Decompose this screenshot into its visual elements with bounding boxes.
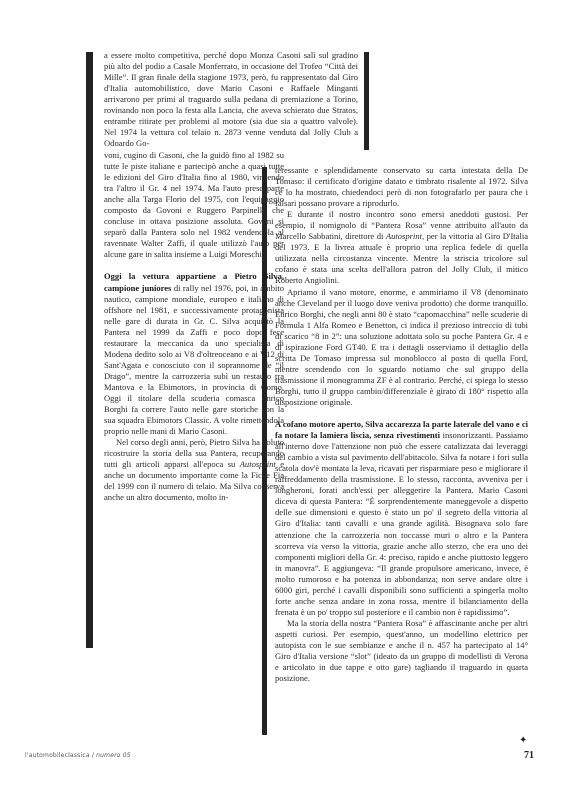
page-number: 71: [524, 750, 534, 761]
paragraph: teressante e splendidamente conservato s…: [275, 165, 528, 209]
paragraph: Apriamo il vano motore, enorme, e ammiri…: [275, 287, 528, 409]
paragraph: voni, cugino di Casoni, che la guidò fin…: [104, 150, 284, 260]
paragraph-with-lead: A cofano motore aperto, Silva accarezza …: [275, 419, 528, 618]
paragraph: Nel corso degli anni, però, Pietro Silva…: [104, 437, 284, 503]
top-block-right-rule: [364, 52, 369, 150]
left-column-rule: [86, 52, 93, 648]
right-column: teressante e splendidamente conservato s…: [275, 165, 528, 684]
footer-magazine-issue: l'automobileclassica / numero 05: [25, 752, 131, 759]
paragraph: a essere molto competitiva, perché dopo …: [104, 50, 358, 149]
paragraph-with-lead: Oggi la vettura appartiene a Pietro Silv…: [104, 271, 284, 437]
end-of-article-icon: ✦: [519, 735, 527, 746]
paragraph: E durante il nostro incontro sono emersi…: [275, 209, 528, 286]
paragraph-body: insonorizzanti. Passiamo all'interno dov…: [275, 430, 528, 617]
top-text-block: a essere molto competitiva, perché dopo …: [104, 50, 358, 149]
issue-number: numero 05: [96, 752, 131, 759]
paragraph: Ma la storia della nostra “Pantera Rosa”…: [275, 618, 528, 684]
paragraph-body: di rally nel 1976, poi, in ambito nautic…: [104, 283, 284, 437]
magazine-name: l'automobileclassica /: [25, 752, 96, 759]
left-column: voni, cugino di Casoni, che la guidò fin…: [104, 150, 284, 503]
publication-name: Autosprint: [240, 459, 276, 469]
publication-name: Autosprint: [386, 231, 422, 241]
